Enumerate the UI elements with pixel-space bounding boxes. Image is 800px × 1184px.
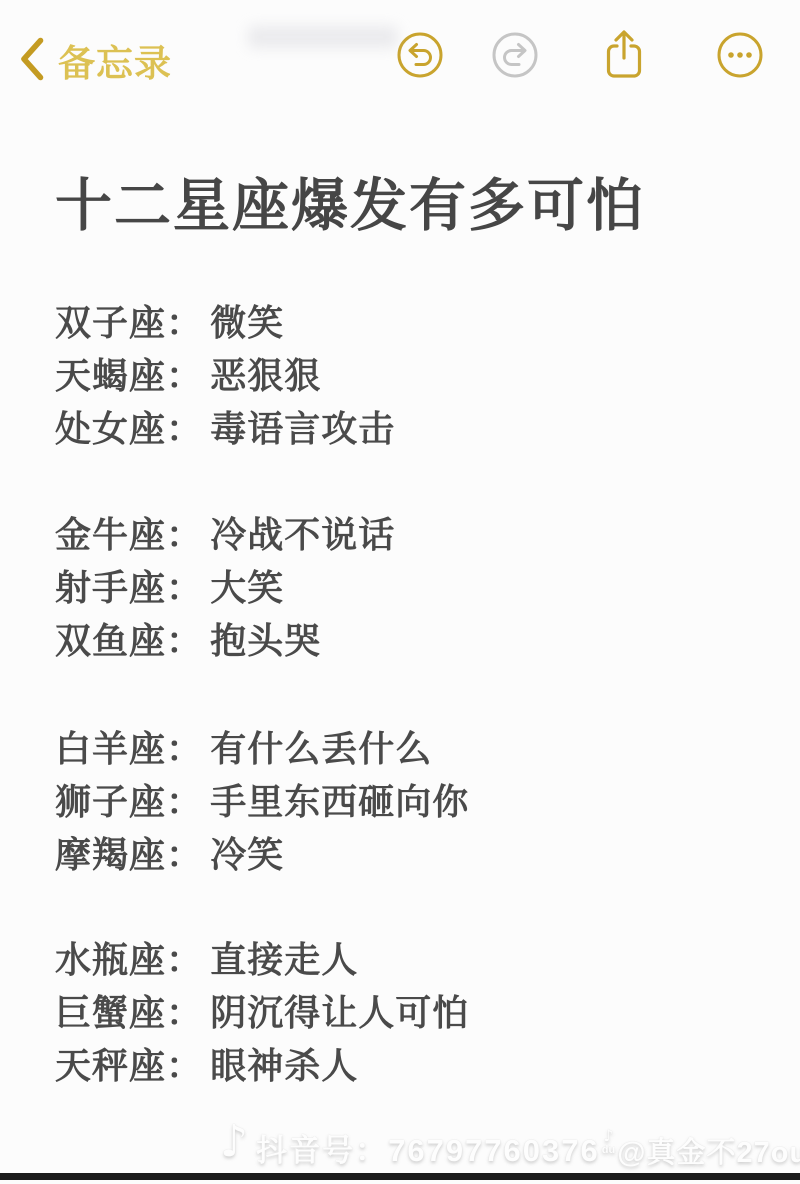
douyin-username: @真金不27ou怕火 bbox=[617, 1130, 800, 1171]
zodiac-group-4: 水瓶座：直接走人 巨蟹座：阴沉得让人可怕 天秤座：眼神杀人 bbox=[55, 933, 469, 1092]
douyin-note-icon: ♪ bbox=[220, 1120, 248, 1164]
share-icon bbox=[601, 26, 647, 82]
zodiac-line: 双子座：微笑 bbox=[55, 296, 395, 349]
notes-app-screen: 备忘录 bbox=[0, 0, 800, 1184]
zodiac-group-2: 金牛座：冷战不说话 射手座：大笑 双鱼座：抱头哭 bbox=[55, 508, 395, 667]
undo-icon bbox=[396, 31, 444, 79]
zodiac-line: 双鱼座：抱头哭 bbox=[55, 614, 395, 667]
zodiac-line: 天蝎座：恶狠狠 bbox=[55, 349, 395, 402]
zodiac-line: 摩羯座：冷笑 bbox=[55, 828, 469, 881]
bottom-border-bar bbox=[0, 1173, 800, 1180]
douyin-watermark: ♪ 抖音号：76797760376 ♪ du @真金不27ou怕火 bbox=[220, 1112, 800, 1171]
redo-icon bbox=[491, 31, 539, 79]
zodiac-line: 金牛座：冷战不说话 bbox=[55, 508, 395, 561]
zodiac-line: 水瓶座：直接走人 bbox=[55, 933, 469, 986]
douyin-mini-icon: ♪ du bbox=[602, 1128, 615, 1156]
zodiac-line: 天秤座：眼神杀人 bbox=[55, 1039, 469, 1092]
zodiac-line: 白羊座：有什么丢什么 bbox=[55, 722, 469, 775]
undo-button[interactable] bbox=[396, 31, 444, 79]
back-button[interactable]: 备忘录 bbox=[18, 33, 172, 87]
ellipsis-icon bbox=[716, 31, 764, 79]
back-label: 备忘录 bbox=[58, 33, 172, 87]
zodiac-line: 巨蟹座：阴沉得让人可怕 bbox=[55, 986, 469, 1039]
zodiac-group-1: 双子座：微笑 天蝎座：恶狠狠 处女座：毒语言攻击 bbox=[55, 296, 395, 455]
ghost-smudge bbox=[248, 26, 398, 48]
note-title: 十二星座爆发有多可怕 bbox=[55, 160, 645, 242]
redo-button[interactable] bbox=[491, 31, 539, 79]
chevron-left-icon bbox=[18, 36, 45, 85]
share-button[interactable] bbox=[601, 26, 647, 82]
zodiac-group-3: 白羊座：有什么丢什么 狮子座：手里东西砸向你 摩羯座：冷笑 bbox=[55, 722, 469, 881]
zodiac-line: 处女座：毒语言攻击 bbox=[55, 402, 395, 455]
zodiac-line: 射手座：大笑 bbox=[55, 561, 395, 614]
zodiac-line: 狮子座：手里东西砸向你 bbox=[55, 775, 469, 828]
douyin-id-text: 抖音号：76797760376 bbox=[256, 1125, 600, 1170]
more-button[interactable] bbox=[716, 31, 764, 79]
